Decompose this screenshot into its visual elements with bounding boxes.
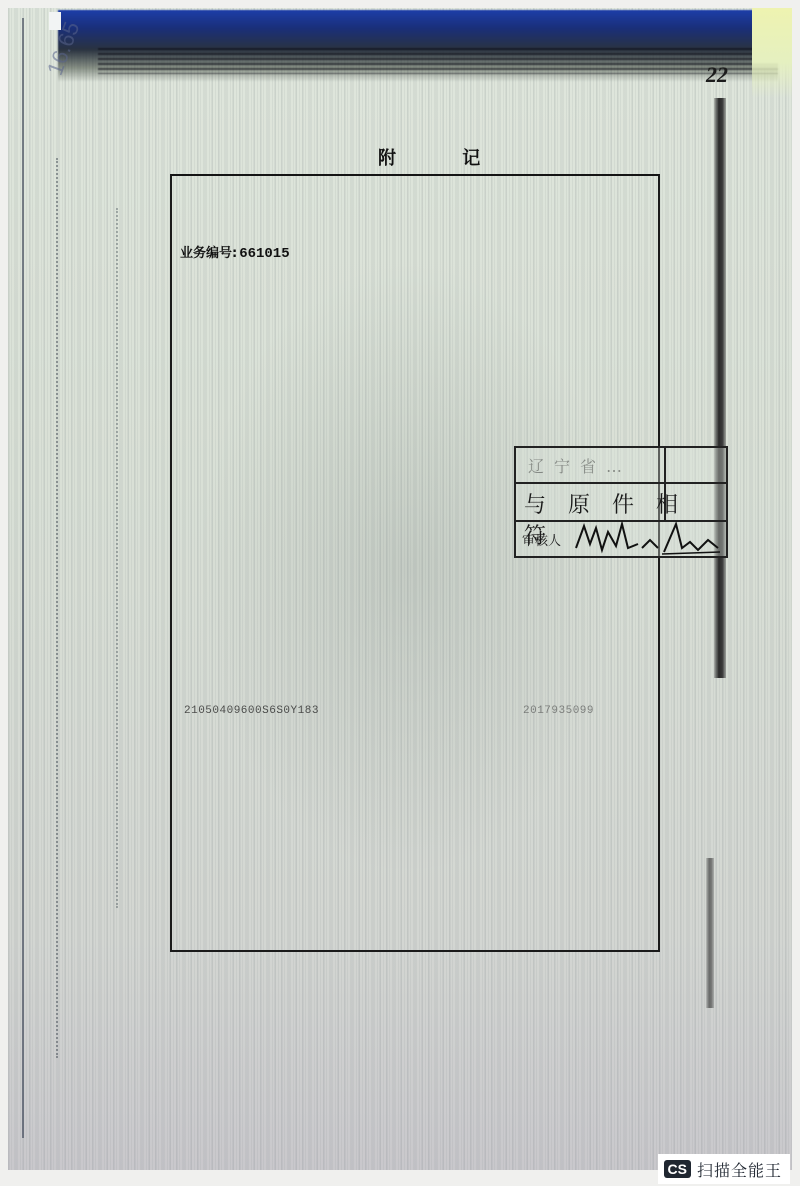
dotted-margin-line [56, 158, 58, 1058]
left-edge-rule [22, 18, 24, 1138]
business-number-value: 661015 [239, 246, 289, 262]
business-number: 业务编号:661015 [180, 242, 290, 262]
certification-stamp: 辽宁省… 与原件相符 审核人 [514, 446, 728, 558]
camscanner-watermark: CS 扫描全能王 [658, 1154, 790, 1184]
business-number-label: 业务编号: [180, 246, 237, 261]
right-fold-shadow [714, 98, 726, 678]
top-scan-shadow-band [58, 10, 778, 82]
signature-icon [572, 518, 722, 558]
watermark-app-name: 扫描全能王 [697, 1158, 782, 1181]
annotation-box [170, 174, 660, 952]
dotted-margin-line-inner [116, 208, 118, 908]
page-title: 附 记 [378, 144, 510, 170]
reference-code-right: 2017935099 [523, 705, 594, 717]
stamp-reviewer-label: 审核人 [522, 530, 561, 549]
stamp-top-row: 辽宁省… [516, 448, 726, 484]
top-right-glare [752, 8, 792, 98]
page-corner-number: 22 [704, 62, 731, 88]
reference-code-left: 21050409600S6S0Y183 [184, 705, 319, 717]
stamp-top-text: 辽宁省… [528, 454, 632, 477]
camscanner-logo-icon: CS [664, 1160, 691, 1178]
scanned-page: 16.65 22 附 记 业务编号:661015 辽宁省… 与原件相符 审核人 … [8, 8, 792, 1170]
right-fold-shadow-lower [706, 858, 714, 1008]
